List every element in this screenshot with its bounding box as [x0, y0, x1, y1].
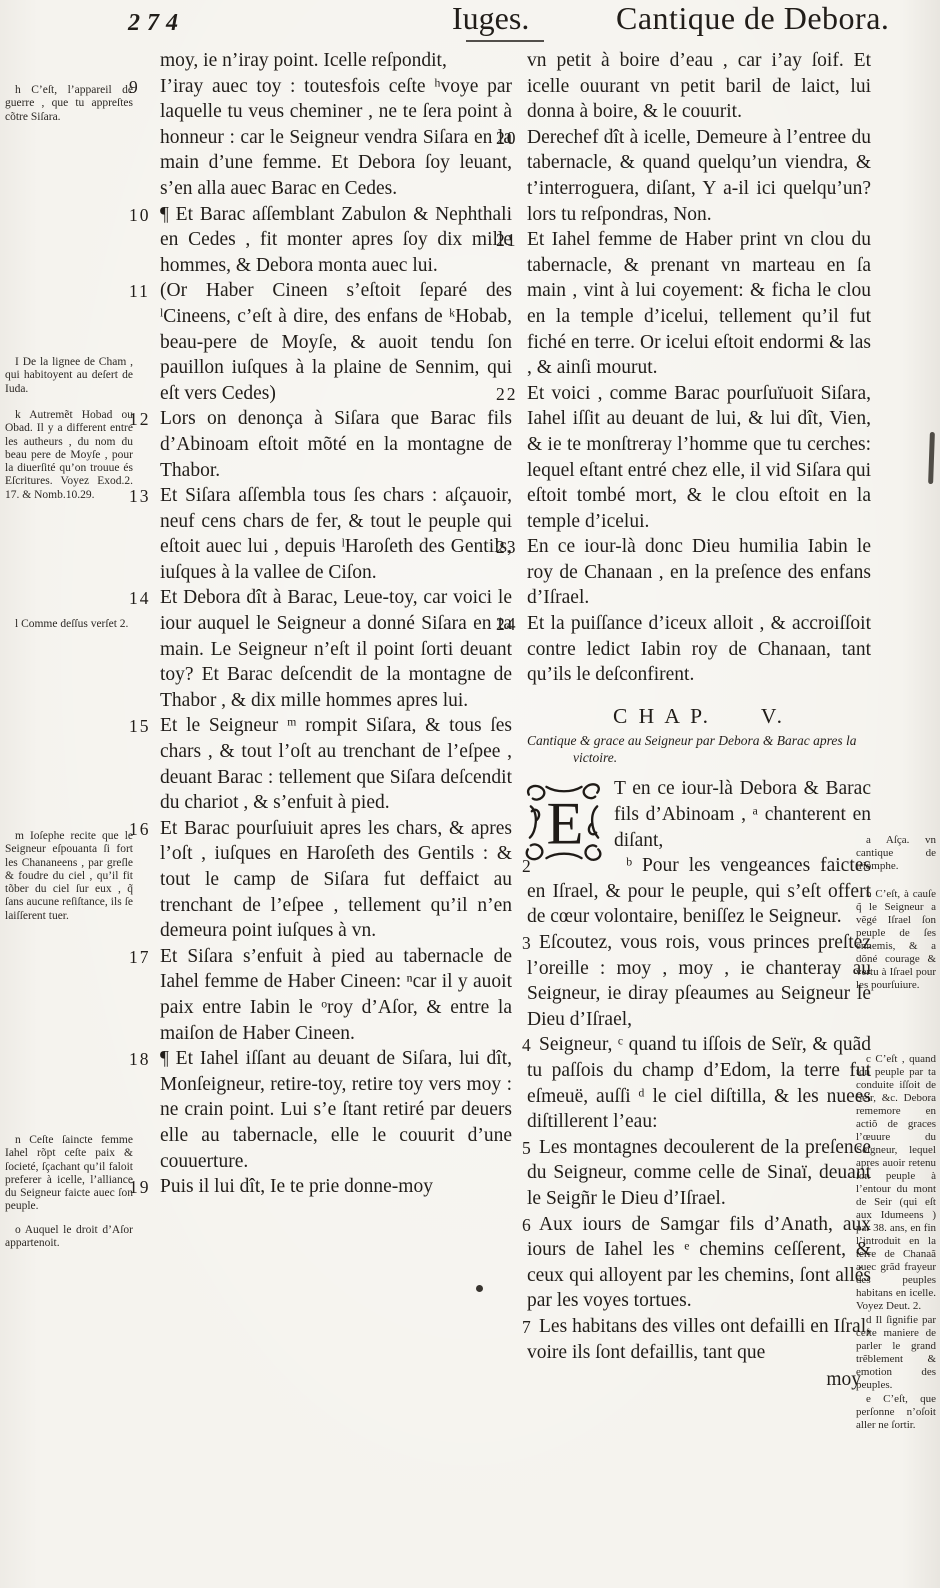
verse-text: Et Debora dît à Barac, Leue-toy, car voi…	[160, 587, 512, 710]
verse-text: Les montagnes decoulerent de la preſence…	[527, 1137, 871, 1209]
verse-text: I’iray auec toy : toutesfois ceſte ʰvoye…	[160, 76, 512, 199]
verse-text: T en ce iour-là Debora & Barac fils d’Ab…	[614, 778, 871, 850]
margin-note-text: I De la lignee de Cham , qui habitoyent …	[5, 356, 133, 396]
verse: 9I’iray auec toy : toutesfois ceſte ʰvoy…	[160, 74, 512, 202]
verse-text: moy, ie n’iray point. Icelle reſpondit,	[160, 50, 447, 71]
verse: 2ᵇ Pour les vengeances faictes en Iſrael…	[527, 853, 871, 930]
verse: moy, ie n’iray point. Icelle reſpondit,	[160, 48, 512, 74]
page-number: 274	[128, 10, 185, 37]
verse: 6Aux iours de Samgar fils d’Anath, aux i…	[527, 1212, 871, 1314]
margin-note-text: k Autremẽt Hobad ou Obad. Il y a differe…	[5, 409, 133, 502]
verse-text: ¶ Et Barac aſſemblant Zabulon & Nephthal…	[160, 204, 512, 276]
verse-number: 16	[129, 817, 156, 843]
chapter-heading: C H A P. V.	[527, 704, 871, 730]
margin-note-text: m Ioſephe recite que le Seigneur eſpouan…	[5, 830, 133, 923]
verse-text: Seigneur, ᶜ quand tu iſſois de Seïr, & q…	[527, 1034, 871, 1132]
verse: 24Et la puiſſance d’iceux alloit , & acc…	[527, 611, 871, 688]
verse: 5Les montagnes decoulerent de la preſenc…	[527, 1135, 871, 1212]
drop-cap-initial-E: E	[523, 781, 605, 863]
verse-number: 4	[510, 1033, 537, 1059]
verse-text: Et voici , comme Barac pourſuïuoit Siſar…	[527, 383, 871, 532]
verse-number: 22	[496, 382, 523, 408]
verse-text: Et la puiſſance d’iceux alloit , & accro…	[527, 613, 871, 685]
running-title: Iuges.	[452, 0, 529, 37]
verse-number: 12	[129, 407, 156, 433]
verse: 16Et Barac pourſuiuit apres les chars, &…	[160, 816, 512, 944]
verse-number: 21	[496, 228, 523, 254]
verse-text: ᵇ Pour les vengeances faictes en Iſrael,…	[527, 855, 871, 927]
margin-note-h: h C’eſt, l’appareil de guerre , que tu a…	[5, 84, 133, 124]
verse-number: 17	[129, 945, 156, 971]
verse-text: Et le Seigneur ᵐ rompit Siſara, & tous ſ…	[160, 715, 512, 813]
verse-number: 7	[510, 1315, 537, 1341]
verse: 20Derechef dît à icelle, Demeure à l’ent…	[527, 125, 871, 227]
margin-note-text: e C’eſt, que perſonne n’oſoit aller ne ſ…	[856, 1393, 936, 1432]
verse-text: Les habitans des villes ont defailli en …	[527, 1316, 871, 1363]
chapter-argument: Cantique & grace au Seigneur par Debora …	[527, 733, 871, 766]
verse: 12Lors on denonça à Siſara que Barac fil…	[160, 406, 512, 483]
margin-note-m: m Ioſephe recite que le Seigneur eſpouan…	[5, 830, 133, 923]
margin-note-k: k Autremẽt Hobad ou Obad. Il y a differe…	[5, 409, 133, 502]
chapter5-verses: E T en ce iour-là Debora & Barac fils d’…	[527, 776, 871, 1365]
verse-number: 15	[129, 714, 156, 740]
verse-text: Puis il lui dît, Ie te prie donne-moy	[160, 1176, 433, 1197]
margin-note-n: n Ceſte ſaincte femme Iahel rõpt ceſte p…	[5, 1134, 133, 1214]
text-column-left: moy, ie n’iray point. Icelle reſpondit, …	[160, 48, 512, 1200]
verse-number: 10	[129, 203, 156, 229]
verse: 18¶ Et Iahel iſſant au deuant de Siſara,…	[160, 1046, 512, 1174]
verse-text: Derechef dît à icelle, Demeure à l’entre…	[527, 127, 871, 225]
verse-text: Et Siſara s’enfuit à pied au tabernacle …	[160, 946, 512, 1044]
verse: 4Seigneur, ᶜ quand tu iſſois de Seïr, & …	[527, 1032, 871, 1134]
verse-number: 13	[129, 484, 156, 510]
margin-note-text: o Auquel le droit d’Aſor apparte­noit.	[5, 1224, 133, 1251]
verse: 19Puis il lui dît, Ie te prie donne-moy	[160, 1174, 512, 1200]
scan-edge-artifact	[928, 432, 935, 484]
verse: 13Et Siſara aſſembla tous ſes chars : aſ…	[160, 483, 512, 585]
verse-number: 24	[496, 612, 523, 638]
verse-text: (Or Haber Cineen s’eſtoit ſeparé des ˡCi…	[160, 280, 512, 403]
verse: 11(Or Haber Cineen s’eſtoit ſeparé des ˡ…	[160, 278, 512, 406]
text-column-right: vn petit à boire d’eau , car i’ay ſoif. …	[527, 48, 871, 1393]
verse-text: ¶ Et Iahel iſſant au deuant de Siſara, l…	[160, 1048, 512, 1171]
verse-number: 9	[129, 75, 156, 101]
verse: 23En ce iour-là donc Dieu humilia Iabin …	[527, 534, 871, 611]
margin-note-text: h C’eſt, l’appareil de guerre , que tu a…	[5, 84, 133, 124]
verse: 3Eſcoutez, vous rois, vous princes preſt…	[527, 930, 871, 1032]
verse: 22Et voici , comme Barac pourſuïuoit Siſ…	[527, 381, 871, 535]
verse-text: vn petit à boire d’eau , car i’ay ſoif. …	[527, 50, 871, 122]
margin-note-text: n Ceſte ſaincte femme Iahel rõpt ceſte p…	[5, 1134, 133, 1214]
verse-number: 23	[496, 535, 523, 561]
margin-note-text: l Comme deſſus verſet 2.	[5, 618, 133, 631]
verse: vn petit à boire d’eau , car i’ay ſoif. …	[527, 48, 871, 125]
verse-text: Et Barac pourſuiuit apres les chars, & a…	[160, 818, 512, 941]
verse-number: 20	[496, 126, 523, 152]
verse-text: Et Siſara aſſembla tous ſes chars : aſça…	[160, 485, 512, 583]
verse: 14Et Debora dît à Barac, Leue-toy, car v…	[160, 585, 512, 713]
margin-note-i: I De la lignee de Cham , qui habitoyent …	[5, 356, 133, 396]
scanned-book-page: 274 Iuges. Cantique de Debora. h C’eſt, …	[0, 0, 940, 1588]
verse-number: 11	[129, 279, 156, 305]
verse-text: Aux iours de Samgar fils d’Anath, aux io…	[527, 1214, 871, 1312]
verse-number: 3	[510, 931, 537, 957]
verse-number: 5	[510, 1136, 537, 1162]
verse-text: Eſcoutez, vous rois, vous princes preſte…	[527, 932, 871, 1030]
verse-number: 14	[129, 586, 156, 612]
ink-blot-artifact	[476, 1285, 483, 1292]
verse: 7Les habitans des villes ont defailli en…	[527, 1314, 871, 1365]
verse-text: Lors on denonça à Siſara que Barac fils …	[160, 408, 512, 480]
section-title: Cantique de Debora.	[616, 0, 889, 37]
margin-note-l: l Comme deſſus verſet 2.	[5, 618, 133, 631]
verse-number: 2	[510, 854, 537, 880]
verse: 17Et Siſara s’enfuit à pied au tabernacl…	[160, 944, 512, 1046]
verse: 21Et Iahel femme de Haber print vn clou …	[527, 227, 871, 381]
verse: 15Et le Seigneur ᵐ rompit Siſara, & tous…	[160, 713, 512, 815]
verse-number: 19	[129, 1175, 156, 1201]
verse-text: Et Iahel femme de Haber print vn clou du…	[527, 229, 871, 378]
verse-number: 18	[129, 1047, 156, 1073]
verse: E T en ce iour-là Debora & Barac fils d’…	[527, 776, 871, 853]
svg-text:E: E	[546, 791, 583, 858]
verse-number: 6	[510, 1213, 537, 1239]
verse: 10¶ Et Barac aſſemblant Zabulon & Nephth…	[160, 202, 512, 279]
verse-text: En ce iour-là donc Dieu humilia Iabin le…	[527, 536, 871, 608]
running-title-rule	[466, 40, 544, 42]
catchword: moy	[527, 1367, 861, 1393]
margin-note-o: o Auquel le droit d’Aſor apparte­noit.	[5, 1224, 133, 1251]
